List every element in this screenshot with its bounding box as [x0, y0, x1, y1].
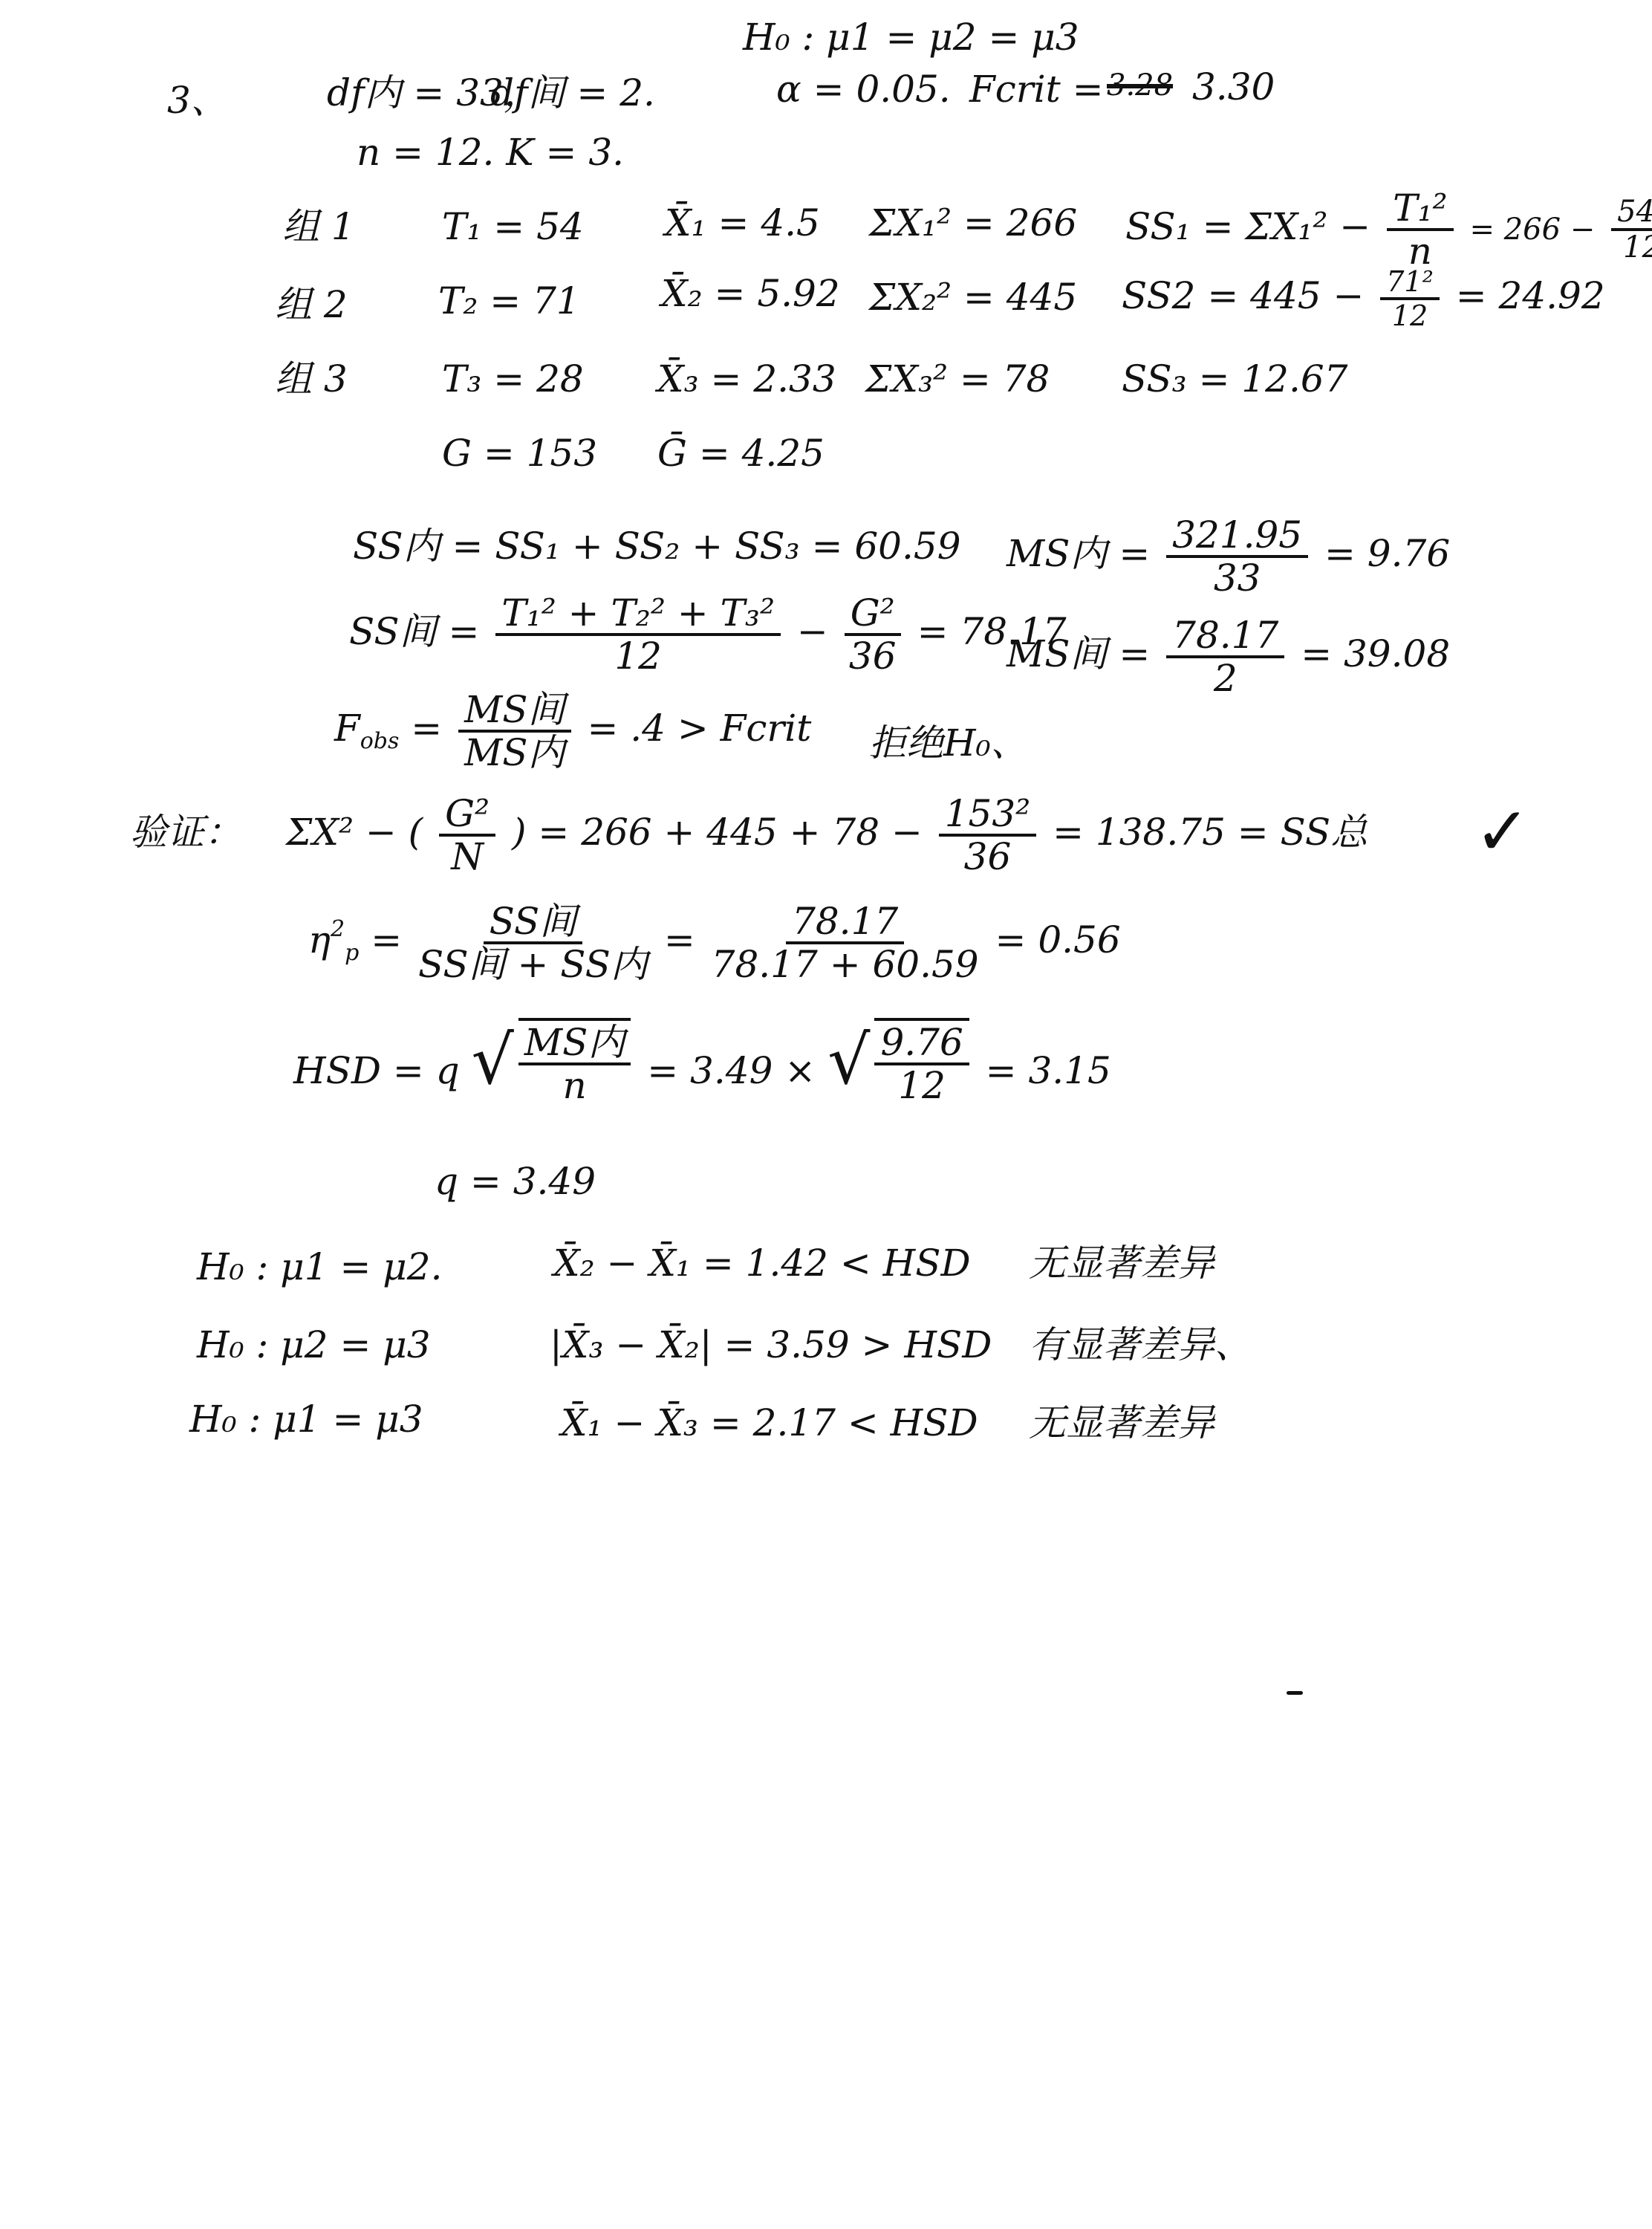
hsd-den: n [563, 1065, 587, 1104]
ss1-frac-den: n [1408, 231, 1432, 270]
verify-equation: ΣX² − ( G²N ) = 266 + 445 + 78 − 153²36 … [286, 795, 1368, 875]
hsd-den2: 12 [898, 1065, 946, 1104]
hsd-lhs: HSD = q [293, 1049, 460, 1092]
group-2-mean: X̄₂ = 5.92 [661, 275, 840, 312]
ms-between: MS间 = 78.172 = 39.08 [1007, 617, 1450, 697]
ss-between-fraction: T₁² + T₂² + T₃²12 [495, 594, 781, 675]
verify-num: G² [439, 795, 495, 837]
group-2-total: T₂ = 71 [438, 282, 580, 319]
comparison-3-diff: X̄₁ − X̄₃ = 2.17 < HSD [561, 1404, 978, 1441]
hsd-result: = 3.15 [986, 1049, 1111, 1092]
eta-eq: = [371, 918, 402, 961]
group-3-label: 组 3 [275, 360, 348, 398]
group-1-label: 组 1 [282, 208, 355, 245]
comparison-1-h0: H₀ : μ1 = μ2. [197, 1248, 442, 1285]
f-obs-lhs: F [334, 707, 360, 750]
eta-fraction: SS间SS间 + SS内 [418, 903, 648, 983]
f-obs-eq: = [411, 707, 442, 750]
ss-between-num2: G² [845, 594, 901, 636]
eta-num2: 78.17 [786, 903, 904, 944]
eta-sup: 2 [331, 916, 345, 942]
ms-within-num: 321.95 [1166, 516, 1308, 558]
ss-between-minus: − [797, 610, 828, 653]
group-3-mean: X̄₃ = 2.33 [657, 360, 836, 398]
ms-between-fraction: 78.172 [1166, 617, 1284, 697]
grand-total: G = 153 [442, 435, 597, 472]
group-2-ss: SS2 = 445 − 71²12 = 24.92 [1122, 267, 1605, 330]
ss-between-num: T₁² + T₂² + T₃² [495, 594, 781, 636]
eta-num: SS间 [484, 903, 583, 944]
verify-fraction-2: 153²36 [939, 795, 1036, 875]
f-observed: Fobs = MS间MS内 = .4 > Fcrit [334, 691, 811, 771]
ss-between: SS间 = T₁² + T₂² + T₃²12 − G²36 = 78.17 [349, 594, 1067, 675]
ss1-frac2-num: 54² [1611, 197, 1652, 231]
ms-within-result: = 9.76 [1324, 532, 1450, 575]
comparison-3-conclusion: 无显著差异 [1029, 1404, 1214, 1441]
eta-result: = 0.56 [995, 918, 1121, 961]
verify-rhs: ) = 266 + 445 + 78 − [512, 811, 923, 854]
ss-between-den: 12 [614, 636, 662, 675]
eta-fraction-2: 78.1778.17 + 60.59 [712, 903, 979, 983]
ms-within-fraction: 321.9533 [1166, 516, 1308, 597]
verify-num2: 153² [939, 795, 1036, 837]
verify-fraction: G²N [439, 795, 495, 875]
ss1-fraction-2: 54²12 [1611, 197, 1652, 262]
fcrit-crossed-out: 3.28 [1107, 71, 1173, 100]
group-3-sumsq: ΣX₃² = 78 [865, 360, 1050, 398]
eta-den: SS间 + SS内 [418, 944, 648, 983]
ss2-fraction: 71²12 [1380, 267, 1440, 330]
check-icon: ✓ [1474, 799, 1530, 866]
group-1-ss: SS₁ = ΣX₁² − T₁²n = 266 − 54²12 = 23 [1125, 189, 1652, 270]
group-3-total: T₃ = 28 [442, 360, 584, 398]
sqrt-icon: √MS内n [472, 1018, 636, 1104]
ms-between-lhs: MS间 = [1007, 632, 1150, 675]
group-2-label: 组 2 [275, 286, 348, 323]
f-obs-num: MS间 [458, 691, 570, 733]
comparison-2-conclusion: 有显著差异、 [1029, 1326, 1252, 1363]
eta-lhs: η [308, 918, 331, 961]
hsd-num: MS内 [518, 1024, 631, 1065]
f-obs-fraction: MS间MS内 [458, 691, 570, 771]
verify-den: N [451, 837, 484, 875]
f-obs-sub: obs [360, 728, 400, 754]
null-hypothesis: H₀ : μ1 = μ2 = μ3 [743, 19, 1079, 56]
ss1-lhs: SS₁ = ΣX₁² − [1125, 205, 1370, 248]
f-obs-den: MS内 [464, 733, 565, 771]
q-value: q = 3.49 [435, 1163, 596, 1200]
eta-squared: η2p = SS间SS间 + SS内 = 78.1778.17 + 60.59 … [308, 903, 1121, 983]
verify-label: 验证： [130, 814, 241, 851]
n-k-values: n = 12. K = 3. [357, 134, 624, 171]
ss1-frac-num: T₁² [1387, 189, 1453, 231]
ms-within: MS内 = 321.9533 = 9.76 [1007, 516, 1450, 597]
comparison-2-diff: |X̄₃ − X̄₂| = 3.59 > HSD [550, 1326, 992, 1363]
verify-lhs: ΣX² − ( [286, 811, 423, 854]
stray-pen-mark [1287, 1691, 1303, 1695]
fcrit-label: Fcrit = [969, 71, 1103, 108]
sqrt-icon-2: √9.7612 [827, 1018, 974, 1104]
reject-h0: 拒绝H₀、 [869, 724, 1028, 762]
comparison-1-diff: X̄₂ − X̄₁ = 1.42 < HSD [553, 1245, 971, 1282]
comparison-3-h0: H₀ : μ1 = μ3 [189, 1401, 423, 1438]
ms-within-den: 33 [1214, 558, 1261, 597]
ms-between-num: 78.17 [1166, 617, 1284, 658]
comparison-2-h0: H₀ : μ2 = μ3 [197, 1326, 431, 1363]
hsd-fraction: MS内n [518, 1018, 631, 1104]
hsd-equation: HSD = q √MS内n = 3.49 × √9.7612 = 3.15 [293, 1018, 1111, 1104]
group-3-ss: SS₃ = 12.67 [1122, 360, 1348, 398]
ss1-mid: = 266 − [1469, 212, 1595, 247]
group-1-mean: X̄₁ = 4.5 [665, 204, 820, 241]
alpha-level: α = 0.05. [776, 71, 951, 108]
ss1-frac2-den: 12 [1623, 231, 1652, 262]
hsd-num2: 9.76 [874, 1024, 969, 1065]
ss2-result: = 24.92 [1456, 274, 1605, 317]
ms-between-result: = 39.08 [1301, 632, 1450, 675]
ss2-frac-num: 71² [1380, 267, 1440, 300]
ss1-fraction: T₁²n [1387, 189, 1453, 270]
group-1-sumsq: ΣX₁² = 266 [869, 204, 1077, 241]
group-2-sumsq: ΣX₂² = 445 [869, 279, 1077, 316]
ss-between-den2: 36 [849, 636, 897, 675]
hsd-fraction-2: 9.7612 [874, 1018, 969, 1104]
f-obs-result: = .4 > Fcrit [587, 707, 811, 750]
grand-mean: Ḡ = 4.25 [657, 435, 825, 472]
ms-within-lhs: MS内 = [1007, 532, 1150, 575]
ss2-lhs: SS2 = 445 − [1122, 274, 1364, 317]
df-between: df间 = 2. [490, 74, 655, 111]
eta-den2: 78.17 + 60.59 [712, 944, 979, 983]
eta-eq2: = [664, 918, 695, 961]
eta-sub: p [345, 940, 359, 966]
ss-between-lhs: SS间 = [349, 610, 479, 653]
verify-result: = 138.75 = SS总 [1053, 811, 1368, 854]
problem-number: 3、 [167, 82, 228, 119]
fcrit-value: 3.30 [1192, 68, 1275, 106]
ss-between-fraction-2: G²36 [845, 594, 901, 675]
ss-within: SS内 = SS₁ + SS₂ + SS₃ = 60.59 [353, 528, 961, 565]
ss2-frac-den: 12 [1392, 300, 1428, 330]
hsd-mid: = 3.49 × [647, 1049, 816, 1092]
group-1-total: T₁ = 54 [442, 208, 584, 245]
ms-between-den: 2 [1214, 658, 1238, 697]
verify-den2: 36 [964, 837, 1012, 875]
comparison-1-conclusion: 无显著差异 [1029, 1245, 1214, 1282]
